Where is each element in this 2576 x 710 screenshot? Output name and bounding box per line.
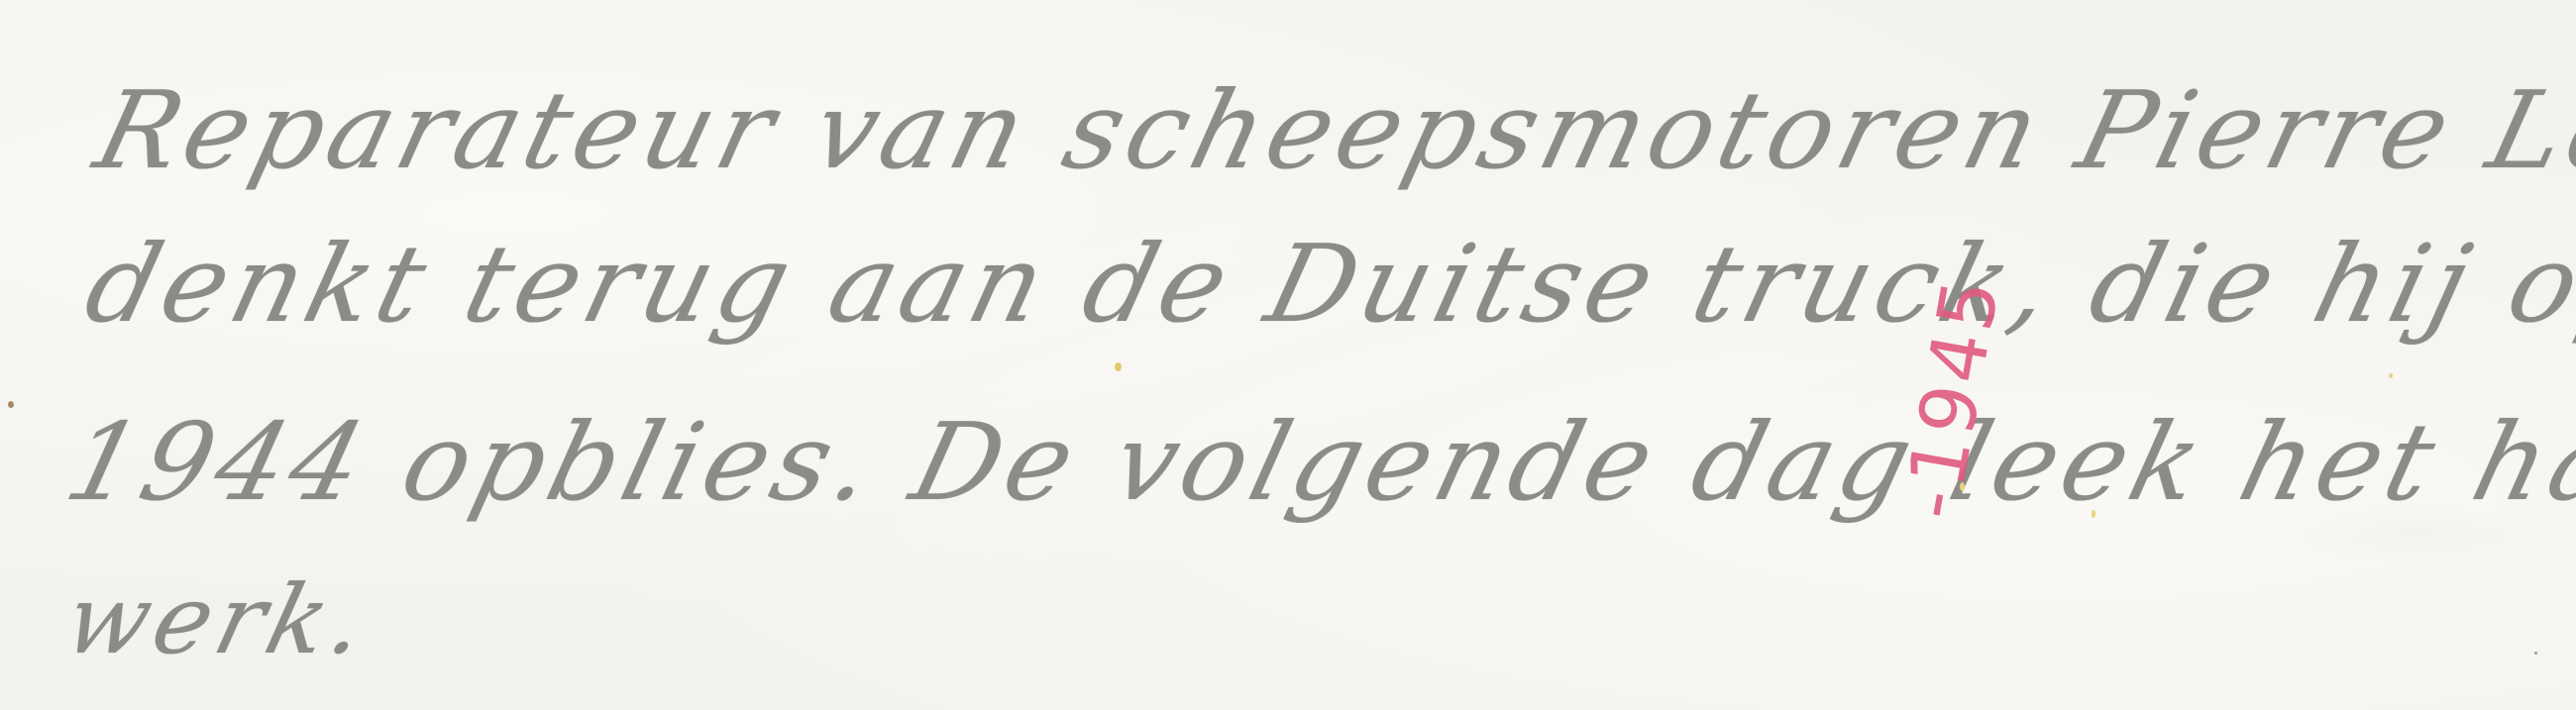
- paper-speck: [2534, 652, 2537, 655]
- handwritten-line-1: Reparateur van scheepsmotoren Pierre Lep…: [84, 69, 2576, 193]
- paper-speck: [8, 401, 14, 408]
- handwritten-line-3: 1944 opblies. De volgende dag leek het h…: [54, 401, 2576, 525]
- handwritten-line-4: werk.: [54, 564, 382, 675]
- paper-speck: [2389, 373, 2393, 378]
- paper-speck: [2092, 510, 2095, 518]
- paper-speck: [1960, 482, 1965, 491]
- paper-background: Reparateur van scheepsmotoren Pierre Lep…: [0, 0, 2576, 710]
- paper-speck: [1115, 362, 1122, 371]
- handwritten-line-2: denkt terug aan de Duitse truck, die hij…: [74, 223, 2576, 347]
